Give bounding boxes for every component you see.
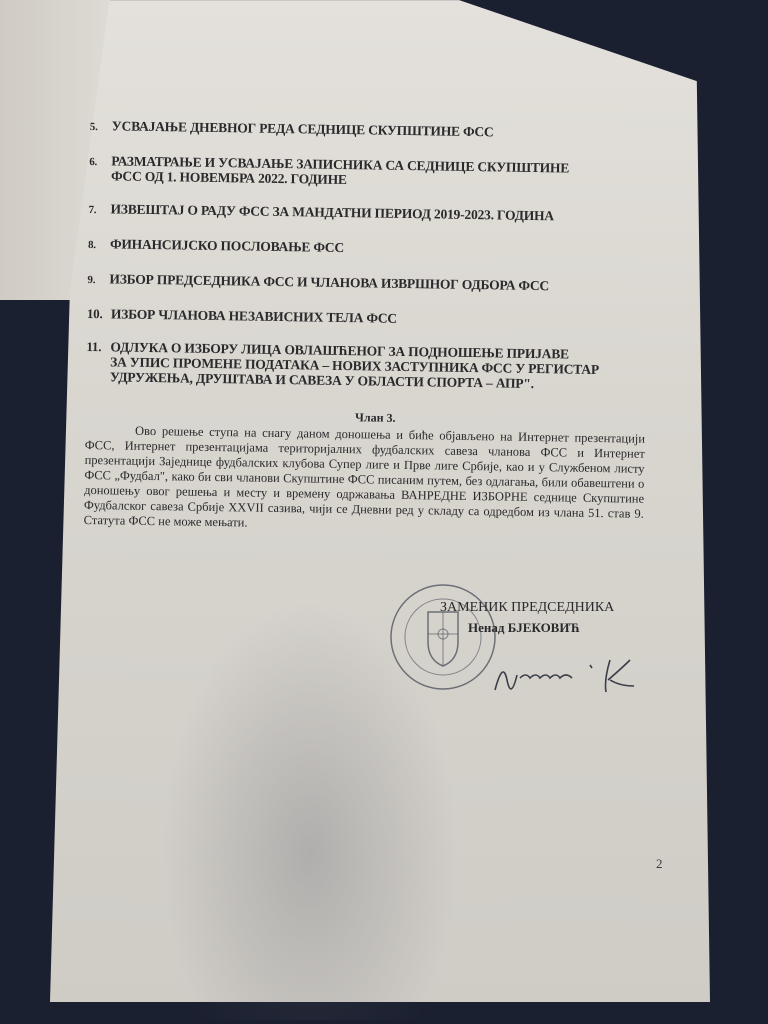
agenda-number: 8. (88, 236, 110, 253)
agenda-item: 6. РАЗМАТРАЊЕ И УСВАЈАЊЕ ЗАПИСНИКА СА СЕ… (89, 153, 669, 192)
agenda-number: 9. (87, 271, 109, 288)
agenda-item: 10. ИЗБОР ЧЛАНОВА НЕЗАВИСНИХ ТЕЛА ФСС (87, 306, 667, 330)
agenda-item: 9. ИЗБОР ПРЕДСЕДНИКА ФСС И ЧЛАНОВА ИЗВРШ… (87, 271, 667, 297)
signatory-name: Ненад БЈЕКОВИЋ (468, 620, 580, 636)
agenda-text: ИЗБОР ЧЛАНОВА НЕЗАВИСНИХ ТЕЛА ФСС (111, 306, 667, 330)
seal-stamp-icon (388, 582, 498, 692)
agenda-number: 7. (88, 201, 110, 218)
agenda-text: ИЗБОР ПРЕДСЕДНИКА ФСС И ЧЛАНОВА ИЗВРШНОГ… (109, 271, 667, 297)
signature-block: ЗАМЕНИК ПРЕДСЕДНИКА Ненад БЈЕКОВИЋ (400, 590, 700, 730)
document-content: 5. УСВАЈАЊЕ ДНЕВНОГ РЕДА СЕДНИЦЕ СКУПШТИ… (84, 118, 670, 537)
agenda-number: 11. (86, 339, 111, 384)
agenda-text: ФИНАНСИЈСКО ПОСЛОВАЊЕ ФСС (110, 236, 668, 262)
handwritten-signature-icon (490, 650, 660, 700)
page-number: 2 (656, 856, 663, 872)
agenda-number: 10. (87, 306, 111, 321)
agenda-item: 7. ИЗВЕШТАЈ О РАДУ ФСС ЗА МАНДАТНИ ПЕРИО… (88, 201, 668, 227)
agenda-item: 8. ФИНАНСИЈСКО ПОСЛОВАЊЕ ФСС (88, 236, 668, 262)
agenda-item: 11. ОДЛУКА О ИЗБОРУ ЛИЦА ОВЛАШЋЕНОГ ЗА П… (86, 339, 667, 393)
agenda-number: 6. (89, 153, 111, 183)
agenda-text: ИЗВЕШТАЈ О РАДУ ФСС ЗА МАНДАТНИ ПЕРИОД 2… (110, 201, 668, 227)
agenda-text: ОДЛУКА О ИЗБОРУ ЛИЦА ОВЛАШЋЕНОГ ЗА ПОДНО… (110, 339, 667, 393)
article-paragraph: Ово решење ступа на снагу даном доношења… (84, 423, 646, 537)
agenda-number: 5. (90, 118, 112, 135)
signatory-title: ЗАМЕНИК ПРЕДСЕДНИКА (440, 600, 614, 616)
agenda-list: 5. УСВАЈАЊЕ ДНЕВНОГ РЕДА СЕДНИЦЕ СКУПШТИ… (86, 118, 670, 393)
agenda-text: РАЗМАТРАЊЕ И УСВАЈАЊЕ ЗАПИСНИКА СА СЕДНИ… (111, 153, 669, 192)
